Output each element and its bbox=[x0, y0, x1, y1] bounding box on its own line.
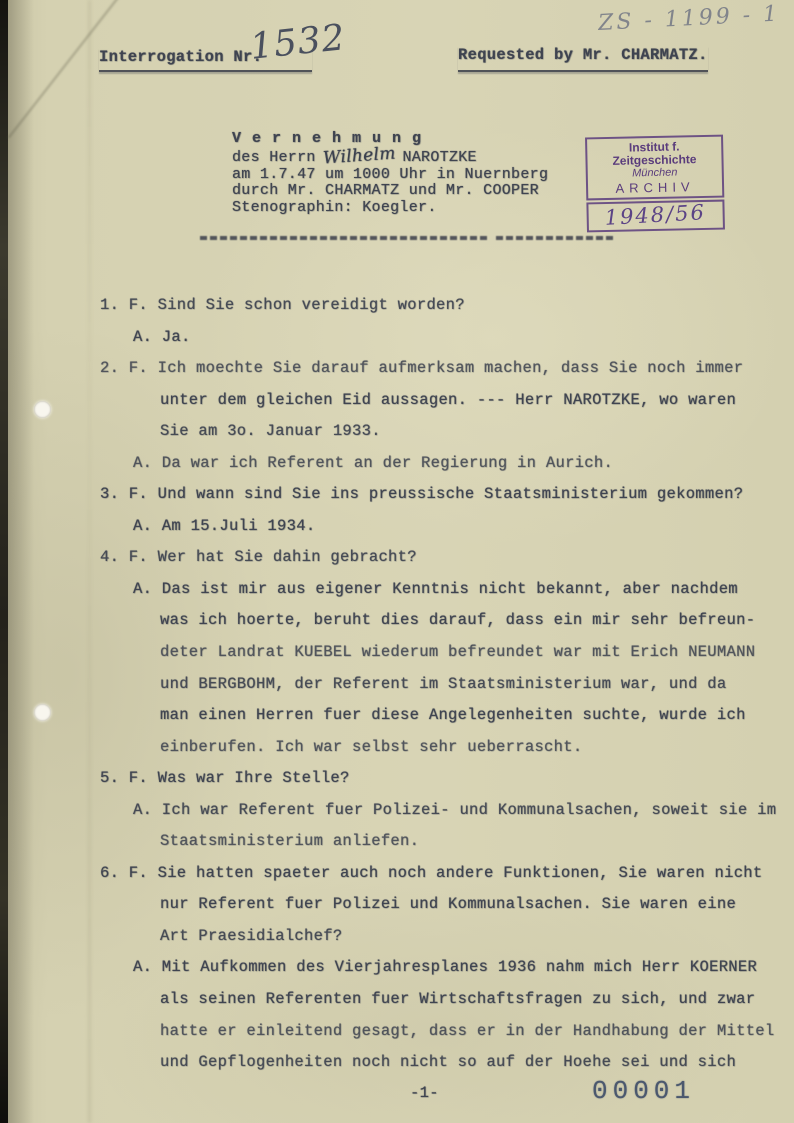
archive-stamp-number-box: 1948/56 bbox=[586, 200, 725, 233]
header-block: V e r n e h m u n g des Herrn Wilhelm NA… bbox=[232, 131, 548, 217]
typed-separator bbox=[200, 236, 488, 240]
qa-line: A. Am 15.Juli 1934. bbox=[0, 517, 794, 549]
qa-line: Staatsministerium anliefen. bbox=[0, 832, 794, 864]
qa-line: einberufen. Ich war selbst sehr ueberras… bbox=[0, 738, 794, 770]
qa-line: 2. F. Ich moechte Sie darauf aufmerksam … bbox=[0, 359, 794, 391]
header-of-prefix: des Herrn bbox=[232, 150, 316, 167]
qa-line: deter Landrat KUEBEL wiederum befreundet… bbox=[0, 643, 794, 675]
qa-line: A. Da war ich Referent an der Regierung … bbox=[0, 454, 794, 486]
qa-line: Sie am 3o. Januar 1933. bbox=[0, 422, 794, 454]
qa-line: 3. F. Und wann sind Sie ins preussische … bbox=[0, 485, 794, 517]
handwritten-first-name: Wilhelm bbox=[322, 145, 396, 167]
requested-by-label: Requested by Mr. CHARMATZ. bbox=[458, 46, 708, 72]
qa-line: 6. F. Sie hatten spaeter auch noch ander… bbox=[0, 864, 794, 896]
archive-code-handwritten: ZS - 1199 - 1 bbox=[597, 1, 788, 36]
qa-line: was ich hoerte, beruht dies darauf, dass… bbox=[0, 611, 794, 643]
qa-line: Art Praesidialchef? bbox=[0, 927, 794, 959]
punch-hole bbox=[34, 401, 51, 418]
stamp-institute-line: Institut f. Zeitgeschichte bbox=[589, 140, 720, 169]
qa-line: A. Ich war Referent fuer Polizei- und Ko… bbox=[0, 801, 794, 833]
qa-line: 5. F. Was war Ihre Stelle? bbox=[0, 769, 794, 801]
qa-transcript: 1. F. Sind Sie schon vereidigt worden? A… bbox=[0, 296, 794, 1085]
header-surname: NAROTZKE bbox=[402, 150, 476, 167]
punch-hole bbox=[34, 704, 51, 721]
qa-line: man einen Herren fuer diese Angelegenhei… bbox=[0, 706, 794, 738]
qa-line: A. Das ist mir aus eigener Kenntnis nich… bbox=[0, 580, 794, 612]
archive-stamp-box: Institut f. Zeitgeschichte München ARCHI… bbox=[585, 135, 724, 201]
stamp-archiv-line: ARCHIV bbox=[590, 179, 720, 197]
typed-separator bbox=[496, 236, 614, 240]
qa-line: A. Ja. bbox=[0, 328, 794, 360]
interrogation-label-text: Interrogation Nr. bbox=[99, 48, 262, 66]
qa-line: als seinen Referenten fuer Wirtschaftsfr… bbox=[0, 990, 794, 1022]
qa-line: nur Referent fuer Polizei und Kommunalsa… bbox=[0, 895, 794, 927]
qa-line: 4. F. Wer hat Sie dahin gebracht? bbox=[0, 548, 794, 580]
header-date-line: am 1.7.47 um 1000 Uhr in Nuernberg bbox=[232, 167, 548, 184]
stamp-number-handwritten: 1948/56 bbox=[604, 200, 706, 230]
qa-line: unter dem gleichen Eid aussagen. --- Her… bbox=[0, 391, 794, 423]
document-scan: ZS - 1199 - 1 Interrogation Nr. 1532 Req… bbox=[0, 0, 794, 1123]
page-number: -1- bbox=[410, 1084, 439, 1102]
header-by-line: durch Mr. CHARMATZ und Mr. COOPER bbox=[232, 183, 548, 200]
serial-number-stamp: 00001 bbox=[592, 1076, 695, 1106]
archive-stamp: Institut f. Zeitgeschichte München ARCHI… bbox=[585, 135, 725, 233]
interrogation-number-handwritten: 1532 bbox=[248, 17, 347, 68]
qa-line: 1. F. Sind Sie schon vereidigt worden? bbox=[0, 296, 794, 328]
qa-line: A. Mit Aufkommen des Vierjahresplanes 19… bbox=[0, 958, 794, 990]
header-steno-line: Stenographin: Koegler. bbox=[232, 200, 548, 217]
qa-line: und BERGBOHM, der Referent im Staatsmini… bbox=[0, 675, 794, 707]
qa-line: hatte er einleitend gesagt, dass er in d… bbox=[0, 1022, 794, 1054]
